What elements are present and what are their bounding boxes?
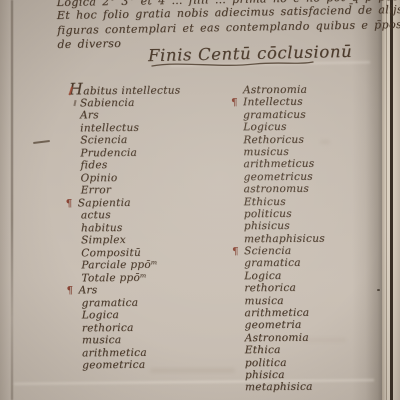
list-item: geometria <box>231 319 326 332</box>
list-item: Logicus <box>229 121 324 134</box>
list-item: Ethica <box>231 344 326 357</box>
page-fold-line <box>11 0 13 400</box>
page-curvature-shadow <box>352 0 382 400</box>
page-edge-crease <box>386 0 387 400</box>
list-item: phisicus <box>230 220 325 233</box>
list-item: musica <box>230 294 325 307</box>
ink-speck <box>377 289 380 291</box>
list-item: gramatica <box>65 296 183 310</box>
list-item: arithmeticus <box>229 158 324 171</box>
list-item: Ars <box>63 108 181 122</box>
list-item: methaphisicus <box>230 232 325 245</box>
list-item: intellectus <box>63 121 181 135</box>
list-item: habitus <box>64 221 182 235</box>
list-item: Totale ppōᵐ <box>64 271 182 285</box>
list-item: Ethicus <box>230 195 325 208</box>
list-item: Compositū <box>64 246 182 260</box>
list-item: politica <box>231 356 326 369</box>
list-item: phisica <box>231 369 326 382</box>
list-item: Rethoricus <box>229 133 324 146</box>
list-item: ¶Intellectus <box>229 96 324 109</box>
list-item: Opinio <box>64 171 182 185</box>
list-item: Astronomia <box>231 331 326 344</box>
list-item: Logica <box>230 270 325 283</box>
margin-dash-mark <box>33 140 50 144</box>
list-item: ¶Sapientia <box>64 196 182 210</box>
list-item: geometricus <box>230 170 325 183</box>
left-column: Habitus intellectusSabienciaArsintellect… <box>63 83 183 372</box>
list-item: musicus <box>229 146 324 159</box>
list-item: ¶Sciencia <box>230 245 325 258</box>
list-item: gramatica <box>230 257 325 270</box>
list-item: Logica <box>65 308 183 322</box>
list-item: musica <box>65 333 183 347</box>
list-item: Prudencia <box>63 146 181 160</box>
list-item: rethorica <box>230 282 325 295</box>
left-gutter-shading <box>0 0 11 400</box>
list-item: actus <box>64 208 182 222</box>
list-item: gramaticus <box>229 108 324 121</box>
list-item: astronomus <box>230 183 325 196</box>
list-item: Parciale ppōᵐ <box>64 258 182 272</box>
list-item: Error <box>64 183 182 197</box>
list-item: Astronomia <box>229 84 324 97</box>
right-column: Astronomia¶IntellectusgramaticusLogicusR… <box>229 84 326 394</box>
edge-gap-line <box>390 0 393 400</box>
list-item: politicus <box>230 208 325 221</box>
list-item: Simplex <box>64 233 182 247</box>
list-item: fides <box>63 158 181 172</box>
heading-flourish <box>150 60 315 70</box>
list-item: Sabiencia <box>63 96 181 110</box>
list-item: arithmetica <box>230 307 325 320</box>
list-item: arithmetica <box>65 346 183 360</box>
list-item: rethorica <box>65 321 183 335</box>
list-item: metaphisica <box>231 381 326 394</box>
list-item: Sciencia <box>63 133 181 147</box>
list-item: ¶Ars <box>64 283 182 297</box>
list-item: Habitus intellectus <box>63 83 181 97</box>
manuscript-page: Logica 2° 3° et 4 … filii … prima nō e n… <box>0 0 400 400</box>
list-item: geometrica <box>65 358 183 372</box>
